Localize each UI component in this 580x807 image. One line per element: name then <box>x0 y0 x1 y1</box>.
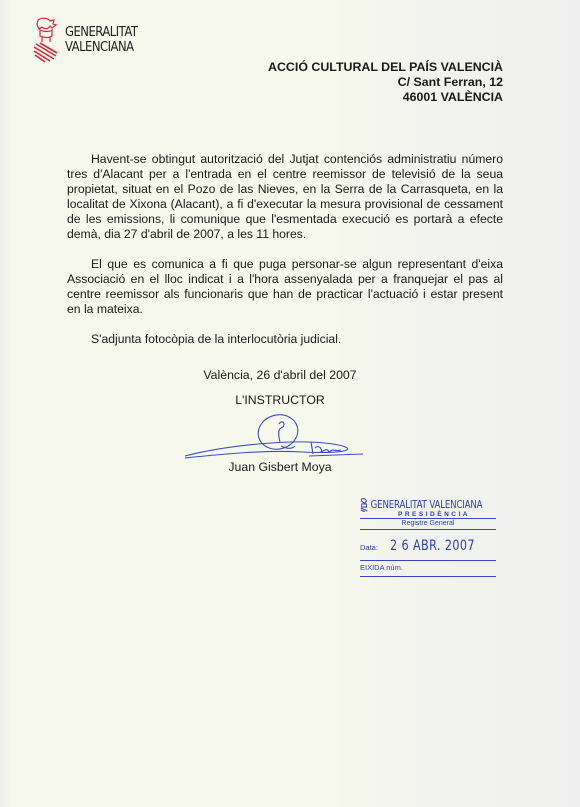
recipient-city: 46001 VALÈNCIA <box>268 90 503 105</box>
generalitat-emblem-icon <box>30 16 62 64</box>
letterhead-line1: GENERALITAT <box>65 25 137 40</box>
stamp-registry: Registre General <box>360 520 496 527</box>
letter-body: Havent-se obtingut autorització del Jutj… <box>67 152 503 362</box>
stamp-title: GENERALITAT VALENCIANA <box>371 499 483 511</box>
place-date: València, 26 d'abril del 2007 <box>180 368 380 382</box>
generalitat-emblem-icon <box>360 498 368 512</box>
recipient-name: ACCIÓ CULTURAL DEL PAÍS VALENCIÀ <box>268 60 503 75</box>
letterhead-logo: GENERALITAT VALENCIANA <box>30 16 149 64</box>
stamp-date-row: Data: 2 6 ABR. 2007 <box>360 530 496 560</box>
stamp-exit-number: EIXIDA núm. <box>360 561 496 576</box>
paragraph-authorization: Havent-se obtingut autorització del Jutj… <box>67 152 503 242</box>
recipient-address: ACCIÓ CULTURAL DEL PAÍS VALENCIÀ C/ Sant… <box>268 60 503 105</box>
paragraph-communication: El que es comunica a fi que puga persona… <box>67 257 503 317</box>
signer-name: Juan Gisbert Moya <box>180 460 380 474</box>
stamp-header: GENERALITAT VALENCIANA <box>360 498 496 512</box>
registry-stamp: GENERALITAT VALENCIANA PRESIDÈNCIA Regis… <box>360 498 496 577</box>
paragraph-attachment: S'adjunta fotocòpia de la interlocutòria… <box>67 332 503 347</box>
stamp-department: PRESIDÈNCIA <box>372 511 496 518</box>
stamp-date-label: Data: <box>360 543 390 552</box>
signer-role: L'INSTRUCTOR <box>180 393 380 407</box>
stamp-divider <box>360 576 496 577</box>
stamp-date-value: 2 6 ABR. 2007 <box>390 538 475 554</box>
letterhead-text: GENERALITAT VALENCIANA <box>65 25 137 55</box>
stamp-divider <box>360 518 496 519</box>
recipient-street: C/ Sant Ferran, 12 <box>268 75 503 90</box>
letterhead-line2: VALENCIANA <box>65 40 137 55</box>
